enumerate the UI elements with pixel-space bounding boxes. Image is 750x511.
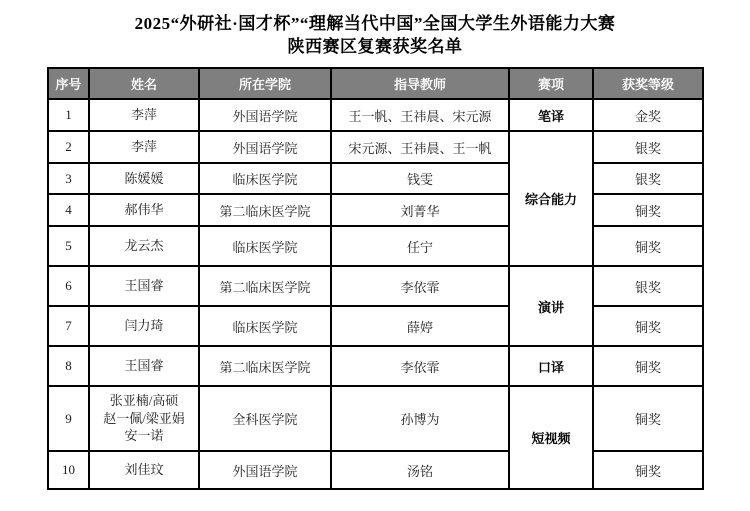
cell-college: 第二临床医学院	[199, 194, 331, 226]
cell-name: 张亚楠/高硕 赵一佩/梁亚娟 安一诺	[89, 386, 199, 451]
table-row: 1李萍外国语学院王一帆、王祎晨、宋元源笔译金奖	[48, 99, 703, 131]
cell-no: 2	[48, 131, 89, 163]
cell-advisor: 王一帆、王祎晨、宋元源	[331, 99, 509, 131]
cell-name: 郝伟华	[89, 194, 199, 226]
cell-name: 刘佳玟	[89, 451, 199, 489]
table-row: 8王国睿第二临床医学院李依霏口译铜奖	[48, 346, 703, 386]
cell-advisor: 李依霏	[331, 346, 509, 386]
table-row: 5龙云杰临床医学院任宁铜奖	[48, 226, 703, 266]
cell-college: 外国语学院	[199, 131, 331, 163]
cell-award: 铜奖	[593, 226, 703, 266]
cell-award: 银奖	[593, 163, 703, 194]
table-row: 7闫力琦临床医学院薛婷铜奖	[48, 306, 703, 346]
cell-advisor: 薛婷	[331, 306, 509, 346]
cell-award: 铜奖	[593, 306, 703, 346]
cell-event: 短视频	[509, 386, 593, 489]
cell-event: 演讲	[509, 266, 593, 346]
document-title: 2025“外研社·国才杯”“理解当代中国”全国大学生外语能力大赛 陕西赛区复赛获…	[0, 12, 750, 58]
cell-no: 9	[48, 386, 89, 451]
col-header-event: 赛项	[509, 68, 593, 99]
table-header-row: 序号姓名所在学院指导教师赛项获奖等级	[48, 68, 703, 99]
cell-college: 临床医学院	[199, 306, 331, 346]
cell-college: 临床医学院	[199, 226, 331, 266]
cell-advisor: 汤铭	[331, 451, 509, 489]
cell-name: 闫力琦	[89, 306, 199, 346]
cell-no: 4	[48, 194, 89, 226]
cell-name: 王国睿	[89, 266, 199, 306]
cell-award: 铜奖	[593, 451, 703, 489]
title-line-2: 陕西赛区复赛获奖名单	[0, 35, 750, 58]
table-row: 3陈媛媛临床医学院钱雯银奖	[48, 163, 703, 194]
cell-no: 7	[48, 306, 89, 346]
cell-advisor: 刘菁华	[331, 194, 509, 226]
cell-no: 8	[48, 346, 89, 386]
cell-name: 龙云杰	[89, 226, 199, 266]
cell-award: 铜奖	[593, 346, 703, 386]
table-row: 4郝伟华第二临床医学院刘菁华铜奖	[48, 194, 703, 226]
cell-college: 第二临床医学院	[199, 266, 331, 306]
title-line-1: 2025“外研社·国才杯”“理解当代中国”全国大学生外语能力大赛	[0, 12, 750, 35]
cell-no: 6	[48, 266, 89, 306]
table-row: 2李萍外国语学院宋元源、王祎晨、王一帆综合能力银奖	[48, 131, 703, 163]
cell-name: 李萍	[89, 131, 199, 163]
cell-name: 王国睿	[89, 346, 199, 386]
cell-no: 3	[48, 163, 89, 194]
col-header-name: 姓名	[89, 68, 199, 99]
cell-advisor: 任宁	[331, 226, 509, 266]
cell-college: 外国语学院	[199, 99, 331, 131]
table-row: 9张亚楠/高硕 赵一佩/梁亚娟 安一诺全科医学院孙博为短视频铜奖	[48, 386, 703, 451]
cell-advisor: 宋元源、王祎晨、王一帆	[331, 131, 509, 163]
cell-advisor: 孙博为	[331, 386, 509, 451]
cell-college: 全科医学院	[199, 386, 331, 451]
cell-no: 5	[48, 226, 89, 266]
cell-college: 外国语学院	[199, 451, 331, 489]
cell-award: 金奖	[593, 99, 703, 131]
cell-no: 10	[48, 451, 89, 489]
cell-name: 陈媛媛	[89, 163, 199, 194]
cell-event: 口译	[509, 346, 593, 386]
document-page: 2025“外研社·国才杯”“理解当代中国”全国大学生外语能力大赛 陕西赛区复赛获…	[0, 0, 750, 511]
cell-award: 银奖	[593, 131, 703, 163]
cell-name: 李萍	[89, 99, 199, 131]
cell-advisor: 钱雯	[331, 163, 509, 194]
col-header-award: 获奖等级	[593, 68, 703, 99]
col-header-college: 所在学院	[199, 68, 331, 99]
table-row: 10刘佳玟外国语学院汤铭铜奖	[48, 451, 703, 489]
cell-award: 铜奖	[593, 194, 703, 226]
cell-event: 笔译	[509, 99, 593, 131]
cell-event: 综合能力	[509, 131, 593, 266]
table-body: 1李萍外国语学院王一帆、王祎晨、宋元源笔译金奖2李萍外国语学院宋元源、王祎晨、王…	[48, 99, 703, 489]
col-header-no: 序号	[48, 68, 89, 99]
award-table: 序号姓名所在学院指导教师赛项获奖等级 1李萍外国语学院王一帆、王祎晨、宋元源笔译…	[47, 67, 704, 490]
cell-award: 铜奖	[593, 386, 703, 451]
table-row: 6王国睿第二临床医学院李依霏演讲银奖	[48, 266, 703, 306]
cell-advisor: 李依霏	[331, 266, 509, 306]
cell-college: 第二临床医学院	[199, 346, 331, 386]
col-header-advisor: 指导教师	[331, 68, 509, 99]
cell-college: 临床医学院	[199, 163, 331, 194]
cell-award: 银奖	[593, 266, 703, 306]
cell-no: 1	[48, 99, 89, 131]
